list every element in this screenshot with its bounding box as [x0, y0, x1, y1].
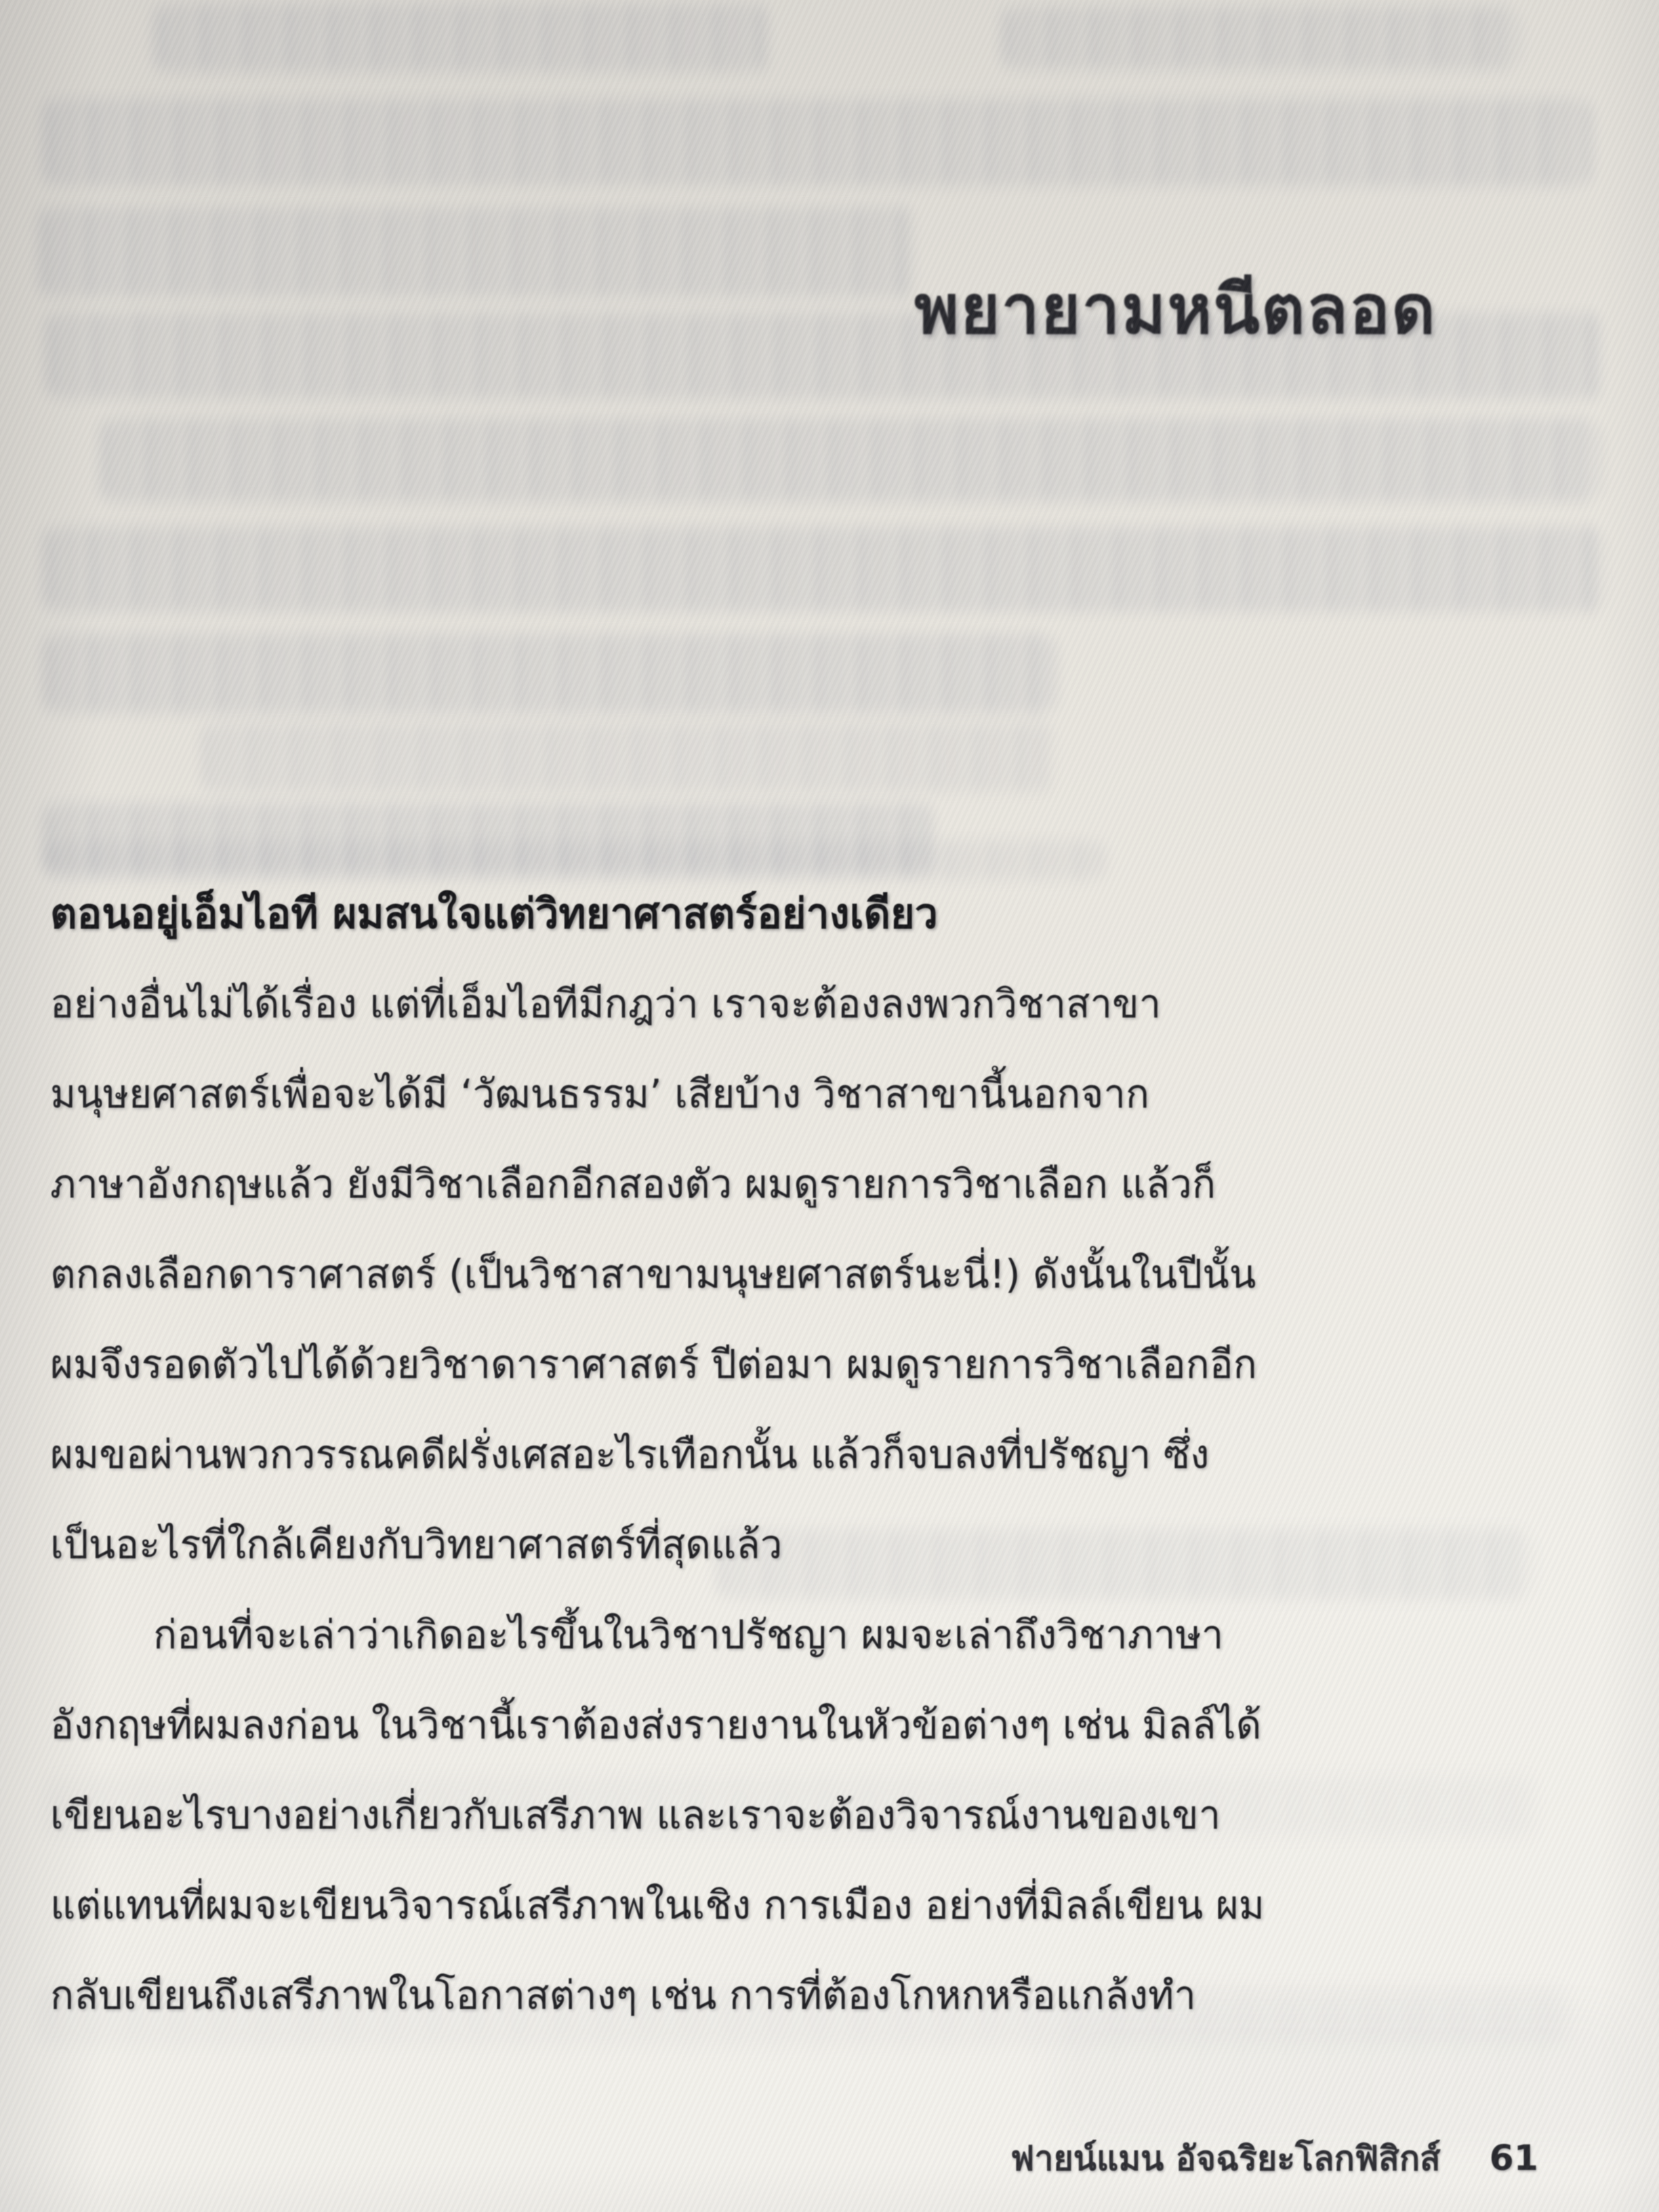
bleed-through-line [45, 99, 1590, 186]
body-line: อังกฤษที่ผมลงก่อน ในวิชานี้เราต้องส่งราย… [50, 1680, 1624, 1770]
chapter-title: พยายามหนีตลอด [914, 255, 1437, 363]
body-line: ก่อนที่จะเล่าว่าเกิดอะไรขึ้นในวิชาปรัชญา… [50, 1590, 1624, 1680]
body-line: ผมขอผ่านพวกวรรณคดีฝรั่งเศสอะไรเทือกนั้น … [50, 1410, 1624, 1500]
body-line: ภาษาอังกฤษแล้ว ยังมีวิชาเลือกอีกสองตัว ผ… [50, 1139, 1624, 1229]
bleed-through-line [45, 527, 1603, 611]
book-page-photo: พยายามหนีตลอด ตอนอยู่เอ็มไอที ผมสนใจแต่ว… [0, 0, 1659, 2212]
bleed-through-line [156, 4, 766, 72]
body-line: อย่างอื่นไม่ได้เรื่อง แต่ที่เอ็มไอทีมีกฎ… [50, 959, 1624, 1049]
bleed-through-line [203, 724, 1057, 792]
body-line: ตอนอยู่เอ็มไอที ผมสนใจแต่วิทยาศาสตร์อย่า… [50, 869, 1624, 959]
body-line: กลับเขียนถึงเสรีภาพในโอกาสต่างๆ เช่น การ… [50, 1950, 1624, 2041]
bleed-through-line [1003, 7, 1518, 69]
footer-book-title: ฟายน์แมน อัจฉริยะโลกฟิสิกส์ [1010, 2132, 1441, 2186]
page-footer: ฟายน์แมน อัจฉริยะโลกฟิสิกส์ 61 [1010, 2132, 1538, 2186]
body-line: แต่แทนที่ผมจะเขียนวิจารณ์เสรีภาพในเชิง ก… [50, 1860, 1624, 1950]
body-line: เขียนอะไรบางอย่างเกี่ยวกับเสรีภาพ และเรา… [50, 1770, 1624, 1860]
footer-page-number: 61 [1490, 2138, 1538, 2179]
bleed-through-line [102, 419, 1599, 501]
body-line: ผมจึงรอดตัวไปได้ด้วยวิชาดาราศาสตร์ ปีต่อ… [50, 1319, 1624, 1410]
bleed-through-line [45, 634, 1054, 713]
body-line: มนุษยศาสตร์เพื่อจะได้มี ‘วัฒนธรรม’ เสียบ… [50, 1049, 1624, 1139]
bleed-through-line [41, 207, 915, 297]
body-line: เป็นอะไรที่ใกล้เคียงกับวิทยาศาสตร์ที่สุด… [50, 1500, 1624, 1590]
body-line: ตกลงเลือกดาราศาสตร์ (เป็นวิชาสาขามนุษยศา… [50, 1229, 1624, 1319]
body-text: ตอนอยู่เอ็มไอที ผมสนใจแต่วิทยาศาสตร์อย่า… [50, 869, 1624, 2041]
